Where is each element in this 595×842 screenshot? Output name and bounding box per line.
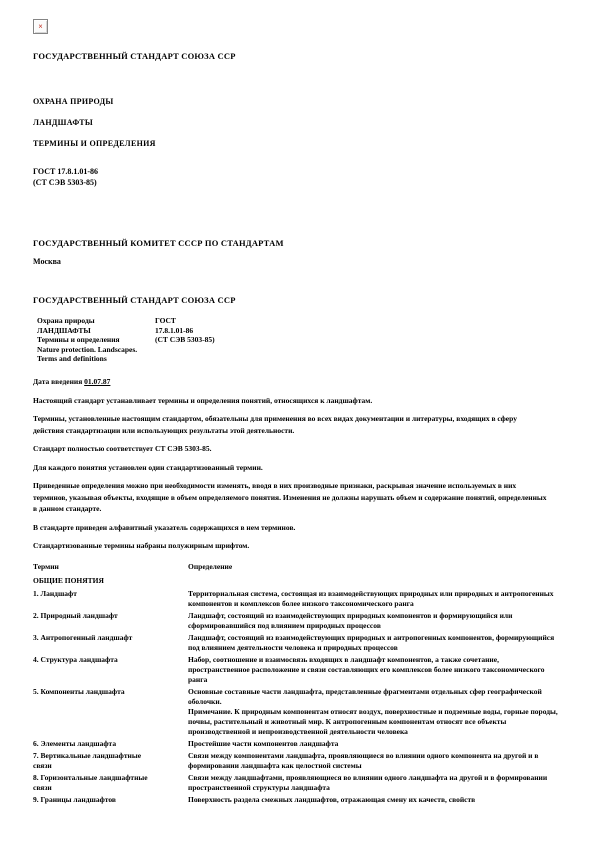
doc-number: ГОСТ 17.8.1.01-86 <box>33 166 562 177</box>
title-block-left: Охрана природы ЛАНДШАФТЫ Термины и опред… <box>37 316 155 364</box>
term-cell: 6. Элементы ландшафта <box>33 739 188 749</box>
definition-cell: Ландшафт, состоящий из взаимодействующих… <box>188 611 562 631</box>
table-row: 5. Компоненты ландшафта Основные составн… <box>33 687 562 737</box>
table-row: 4. Структура ландшафта Набор, соотношени… <box>33 655 562 685</box>
subject-group: ОХРАНА ПРИРОДЫ ЛАНДШАФТЫ ТЕРМИНЫ И ОПРЕД… <box>33 97 562 149</box>
term-cell: 7. Вертикальные ландшафтные связи <box>33 751 188 771</box>
term-cell: 1. Ландшафт <box>33 589 188 609</box>
intro-section: Настоящий стандарт устанавливает термины… <box>33 395 562 552</box>
definition-cell: Простейшие части компонентов ландшафта <box>188 739 562 749</box>
title-code-number: 17.8.1.01-86 <box>155 326 275 336</box>
intro-paragraph-7: Стандартизованные термины набраны полужи… <box>33 540 548 552</box>
broken-image-icon: × <box>33 19 48 34</box>
doc-heading-top: ГОСУДАРСТВЕННЫЙ СТАНДАРТ СОЮЗА ССР <box>33 51 562 61</box>
terms-table-header: Термин Определение <box>33 562 562 572</box>
intro-paragraph-4: Для каждого понятия установлен один стан… <box>33 462 548 474</box>
table-row: 3. Антропогенный ландшафт Ландшафт, сост… <box>33 633 562 653</box>
city-line: Москва <box>33 257 562 267</box>
doc-heading-repeat: ГОСУДАРСТВЕННЫЙ СТАНДАРТ СОЮЗА ССР <box>33 295 562 305</box>
table-row: 7. Вертикальные ландшафтные связи Связи … <box>33 751 562 771</box>
subject-line-2: ЛАНДШАФТЫ <box>33 118 562 128</box>
document-page: × ГОСУДАРСТВЕННЫЙ СТАНДАРТ СОЮЗА ССР ОХР… <box>0 0 595 805</box>
title-block: Охрана природы ЛАНДШАФТЫ Термины и опред… <box>33 316 562 364</box>
definition-cell: Связи между компонентами ландшафта, проя… <box>188 751 562 771</box>
term-cell: 2. Природный ландшафт <box>33 611 188 631</box>
effective-date-line: Дата введения 01.07.87 <box>33 377 562 387</box>
column-header-term: Термин <box>33 562 188 572</box>
definition-cell: Территориальная система, состоящая из вз… <box>188 589 562 609</box>
table-row: 8. Горизонтальные ландшафтные связи Связ… <box>33 773 562 793</box>
term-cell: 5. Компоненты ландшафта <box>33 687 188 737</box>
title-subject-ru: Охрана природы <box>37 316 155 326</box>
table-row: 2. Природный ландшафт Ландшафт, состоящи… <box>33 611 562 631</box>
title-code-sev: (СТ СЭВ 5303-85) <box>155 335 275 345</box>
effective-date-value: 01.07.87 <box>84 377 110 386</box>
term-cell: 3. Антропогенный ландшафт <box>33 633 188 653</box>
title-code-label: ГОСТ <box>155 316 275 326</box>
table-row: 6. Элементы ландшафта Простейшие части к… <box>33 739 562 749</box>
broken-image-x-glyph: × <box>38 23 43 31</box>
table-row: 9. Границы ландшафтов Поверхность раздел… <box>33 795 562 805</box>
term-cell: 4. Структура ландшафта <box>33 655 188 685</box>
doc-number-sev: (СТ СЭВ 5303-85) <box>33 177 562 188</box>
definition-cell: Поверхность раздела смежных ландшафтов, … <box>188 795 562 805</box>
subject-line-1: ОХРАНА ПРИРОДЫ <box>33 97 562 107</box>
intro-paragraph-6: В стандарте приведен алфавитный указател… <box>33 522 548 534</box>
column-header-definition: Определение <box>188 562 562 572</box>
title-name-en-1: Nature protection. Landscapes. <box>37 345 155 355</box>
term-cell: 9. Границы ландшафтов <box>33 795 188 805</box>
intro-paragraph-3: Стандарт полностью соответствует СТ СЭВ … <box>33 443 548 455</box>
doc-number-group: ГОСТ 17.8.1.01-86 (СТ СЭВ 5303-85) <box>33 166 562 188</box>
title-name-en-2: Terms and definitions <box>37 354 155 364</box>
effective-date-label: Дата введения <box>33 377 84 386</box>
definition-cell: Набор, соотношение и взаимосвязь входящи… <box>188 655 562 685</box>
intro-paragraph-5: Приведенные определения можно при необхо… <box>33 480 548 515</box>
definition-cell: Основные составные части ландшафта, пред… <box>188 687 562 737</box>
title-block-right: ГОСТ 17.8.1.01-86 (СТ СЭВ 5303-85) <box>155 316 275 364</box>
terms-table: Термин Определение ОБЩИЕ ПОНЯТИЯ 1. Ланд… <box>33 562 562 805</box>
intro-paragraph-1: Настоящий стандарт устанавливает термины… <box>33 395 548 407</box>
intro-paragraph-2: Термины, установленные настоящим стандар… <box>33 413 548 436</box>
title-name-ru-2: Термины и определения <box>37 335 155 345</box>
table-row: 1. Ландшафт Территориальная система, сос… <box>33 589 562 609</box>
committee-heading: ГОСУДАРСТВЕННЫЙ КОМИТЕТ СССР ПО СТАНДАРТ… <box>33 238 562 248</box>
term-cell: 8. Горизонтальные ландшафтные связи <box>33 773 188 793</box>
section-title: ОБЩИЕ ПОНЯТИЯ <box>33 576 562 586</box>
definition-cell: Ландшафт, состоящий из взаимодействующих… <box>188 633 562 653</box>
subject-line-3: ТЕРМИНЫ И ОПРЕДЕЛЕНИЯ <box>33 139 562 149</box>
title-name-ru-1: ЛАНДШАФТЫ <box>37 326 155 336</box>
definition-cell: Связи между ландшафтами, проявляющиеся в… <box>188 773 562 793</box>
